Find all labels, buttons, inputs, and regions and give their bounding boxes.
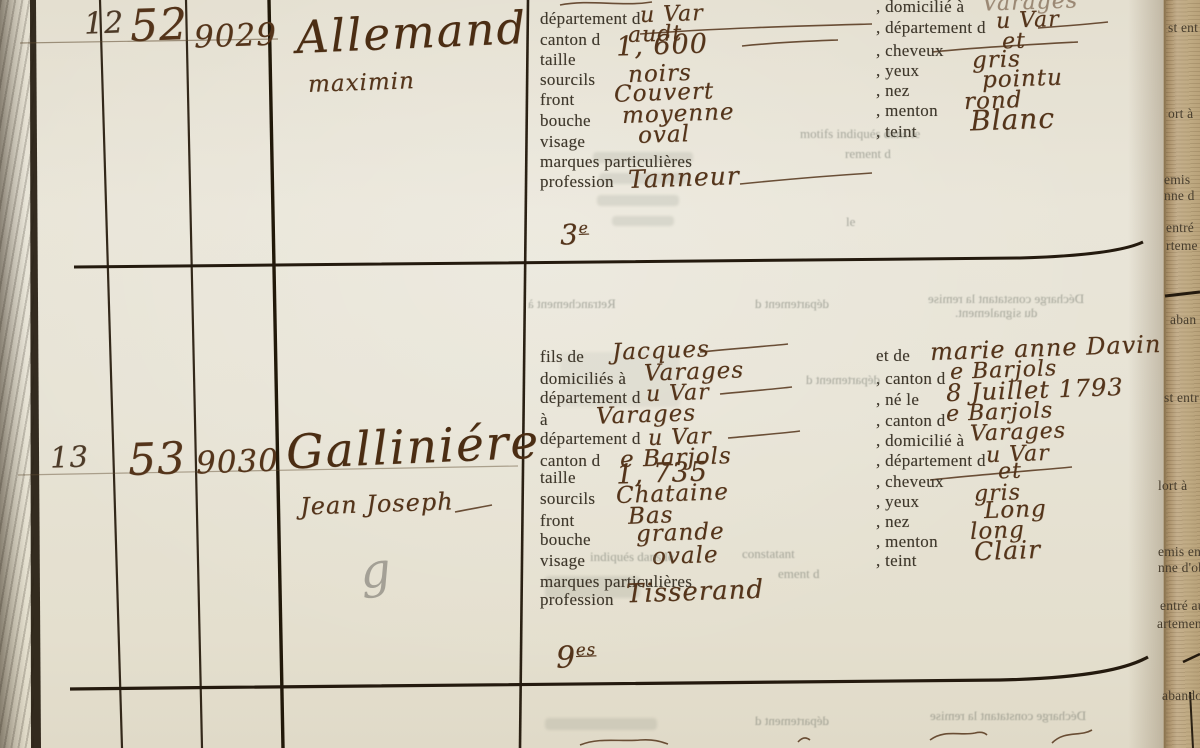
field-value: oval [638, 121, 691, 149]
surname: Allemand [295, 1, 528, 64]
facing-page-text-fragment: entré au [1160, 598, 1200, 614]
gutter-rule [30, 0, 41, 748]
facing-page-text-fragment: st entr [1164, 390, 1199, 406]
given-names: maximin [308, 68, 416, 98]
pencil-mark: g [357, 542, 393, 601]
entry-note-superscript: es [575, 640, 596, 660]
field-label: front [540, 90, 575, 110]
column-rule-2 [186, 0, 202, 748]
facing-page-text-fragment: st ent [1168, 20, 1198, 36]
field-label: , menton [876, 532, 938, 552]
field-label: , cheveux [876, 41, 944, 61]
field-label: département d [540, 9, 641, 29]
facing-page-text-fragment: emis [1164, 172, 1190, 188]
field-value: Clair [974, 535, 1042, 566]
register-page-photo: 12529029Allemandmaximindépartement du Va… [0, 0, 1200, 748]
facing-page-text-fragment: nne d'ob [1158, 560, 1200, 576]
column-rule-4 [520, 0, 528, 748]
class-number: 52 [129, 0, 189, 52]
facing-page-text-fragment: entré [1166, 220, 1194, 236]
facing-page-text-fragment: aban [1170, 312, 1196, 328]
row-number: 13 [49, 439, 89, 474]
field-label: , nez [876, 512, 910, 532]
facing-page-text-fragment: emis en [1158, 544, 1200, 560]
field-value: Tisserand [626, 575, 765, 610]
facing-divider-2 [1183, 654, 1200, 662]
field-label: , département d [876, 18, 986, 38]
column-rule-3 [269, 0, 283, 748]
field-label: , yeux [876, 492, 919, 512]
bleedthrough-smudge [612, 216, 674, 226]
bleedthrough-smudge [545, 718, 657, 730]
bleedthrough-text: département d [755, 296, 829, 312]
entry-note: 3e [559, 218, 589, 252]
field-label: visage [540, 132, 585, 152]
field-label: taille [540, 468, 576, 488]
bleedthrough-text: le [846, 214, 855, 230]
field-label: , département d [876, 451, 986, 471]
field-value: Blanc [969, 102, 1055, 138]
facing-page-text-fragment: nne d [1164, 188, 1195, 204]
field-value: 1, 600 [615, 28, 708, 62]
field-label: , teint [876, 551, 917, 571]
entry-note: 9es [555, 639, 597, 675]
bleedthrough-text: constatant [742, 546, 795, 562]
bleedthrough-text: motifs indiqués dans le [800, 126, 920, 142]
bleedthrough-text: indiqués dans le [590, 549, 674, 565]
field-label: à [540, 410, 548, 430]
bleedthrough-text: Retranchement à [528, 296, 616, 312]
bleedthrough-text: du signalement. [955, 305, 1037, 321]
field-label: sourcils [540, 489, 595, 509]
bleedthrough-text: rement d [845, 146, 891, 162]
facing-page-text-fragment: lort à [1158, 478, 1187, 494]
field-label: , canton d [876, 411, 946, 431]
serial-number: 9029 [193, 17, 277, 56]
bleedthrough-smudge [597, 195, 679, 206]
facing-page-text-fragment: rteme [1166, 238, 1198, 254]
field-label: fils de [540, 347, 584, 367]
field-label: , né le [876, 390, 919, 410]
field-label: , domicilié à [876, 0, 964, 17]
bleedthrough-text: ement d [778, 566, 820, 582]
facing-divider-1 [1165, 292, 1200, 296]
column-rule-1 [100, 0, 122, 748]
field-label: , yeux [876, 61, 919, 81]
field-label: , domicilié à [876, 431, 964, 451]
field-label: profession [540, 172, 614, 192]
entry-note-superscript: e [578, 219, 589, 237]
field-label: , nez [876, 81, 910, 101]
field-label: visage [540, 551, 585, 571]
class-number: 53 [127, 433, 187, 486]
facing-page-text-fragment: artement [1157, 616, 1200, 632]
field-label: sourcils [540, 70, 595, 90]
field-label: canton d [540, 30, 600, 50]
surname: Galliniére [285, 414, 541, 480]
entry-divider-1 [74, 242, 1143, 267]
field-label: taille [540, 50, 576, 70]
field-label: front [540, 511, 575, 531]
row-number: 12 [83, 5, 124, 41]
field-label: domiciliés à [540, 369, 626, 389]
field-label: bouche [540, 111, 591, 131]
field-label: , menton [876, 101, 938, 121]
field-label: , canton d [876, 369, 946, 389]
given-names: Jean Joseph [300, 487, 455, 520]
field-label: , cheveux [876, 472, 944, 492]
facing-page-text-fragment: abando [1162, 688, 1200, 704]
field-label: profession [540, 590, 614, 610]
field-label: et de [876, 346, 910, 366]
bleedthrough-text: département d [806, 372, 880, 388]
bleedthrough-text: Décharge constatant la remise [930, 708, 1086, 724]
serial-number: 9030 [195, 443, 279, 482]
field-label: bouche [540, 530, 591, 550]
field-value: Tanneur [628, 161, 741, 194]
entry-divider-2 [70, 657, 1148, 689]
bleedthrough-text: département d [755, 713, 829, 729]
facing-page-text-fragment: ort à [1168, 106, 1193, 122]
